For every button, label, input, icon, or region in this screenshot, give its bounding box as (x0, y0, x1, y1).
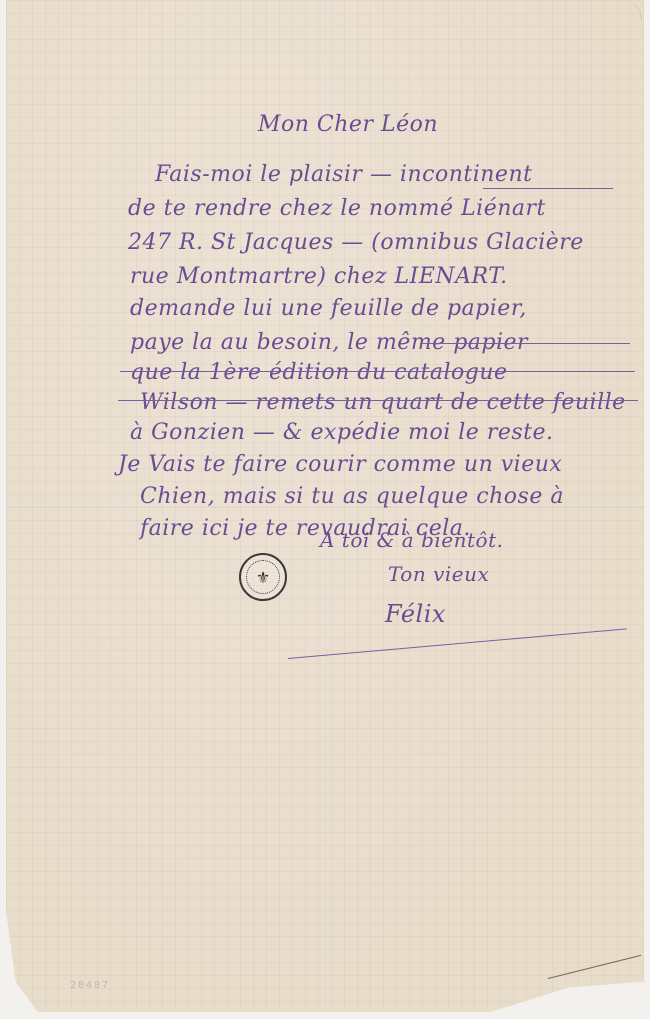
underline-meme-papier (420, 343, 630, 344)
underline-incontinent (483, 188, 613, 189)
library-stamp: ⚜ (239, 553, 287, 601)
letter-line-8: Wilson — remets un quart de cette feuill… (140, 390, 626, 415)
faint-catalog-mark: 28487 (70, 980, 110, 991)
underline-wilson (118, 400, 638, 401)
underline-edition (120, 371, 635, 372)
letter-line-4: rue Montmartre) chez LIENART. (130, 264, 508, 289)
letter-line-2: de te rendre chez le nommé Liénart (128, 196, 546, 221)
letter-line-7: que la 1ère édition du catalogue (130, 360, 508, 385)
letter-line-3: 247 R. St Jacques — (omnibus Glacière (128, 230, 584, 255)
letter-line-5: demande lui une feuille de papier, (130, 296, 527, 321)
signature: Félix (385, 600, 446, 628)
salutation: Mon Cher Léon (258, 112, 438, 137)
fleur-de-lis-icon: ⚜ (246, 560, 280, 594)
letter-line-9: à Gonzien — & expédie moi le reste. (130, 420, 554, 445)
closing-line-2: Ton vieux (388, 562, 489, 586)
line-text: Fais-moi le plaisir — incontinent (155, 162, 532, 187)
letter-line-11: Chien, mais si tu as quelque chose à (140, 484, 564, 509)
letter-line-1: Fais-moi le plaisir — incontinent (155, 162, 532, 187)
closing-line-1: A toi & à bientôt. (320, 528, 503, 552)
letter-line-10: Je Vais te faire courir comme un vieux (118, 452, 562, 477)
